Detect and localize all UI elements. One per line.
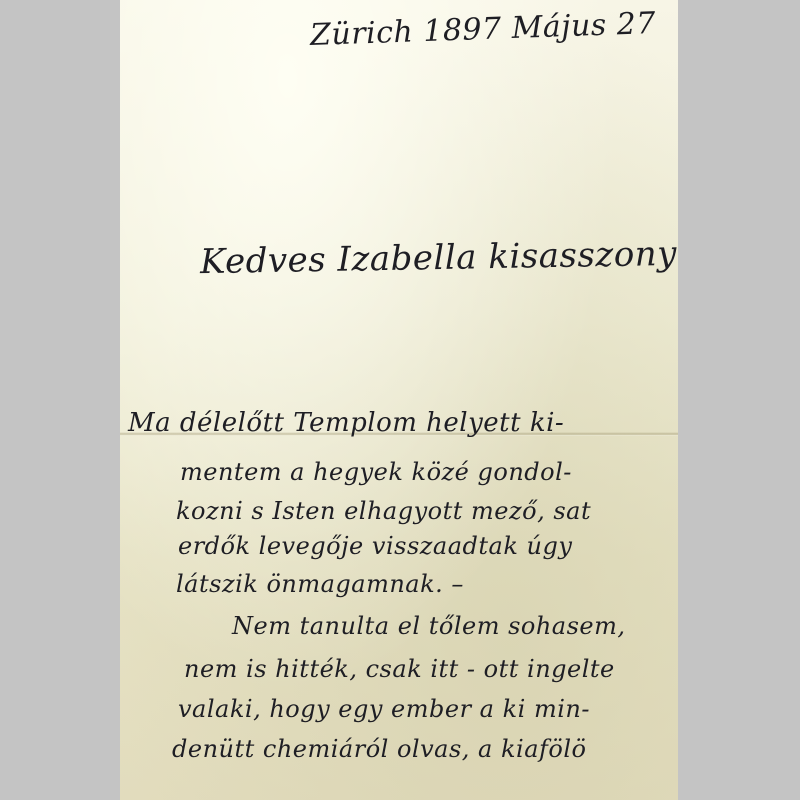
- letter-body-line: kozni s Isten elhagyott mező, sat: [176, 497, 591, 525]
- letter-body-line: denütt chemiáról olvas, a kiafölö: [172, 735, 586, 763]
- letter-body-line: Ma délelőtt Templom helyett ki-: [128, 408, 564, 438]
- letter-body-line: valaki, hogy egy ember a ki min-: [178, 695, 590, 723]
- letter-body-line: nem is hitték, csak itt - ott ingelte: [184, 655, 615, 683]
- letter-body-line: Nem tanulta el tőlem sohasem,: [232, 612, 626, 640]
- letter-body-line: erdők levegője visszaadtak úgy: [178, 532, 572, 560]
- letter-body-line: látszik önmagamnak. –: [176, 570, 464, 598]
- letter-body-line: mentem a hegyek közé gondol-: [180, 458, 572, 486]
- letter-salutation: Kedves Izabella kisasszony: [200, 234, 678, 282]
